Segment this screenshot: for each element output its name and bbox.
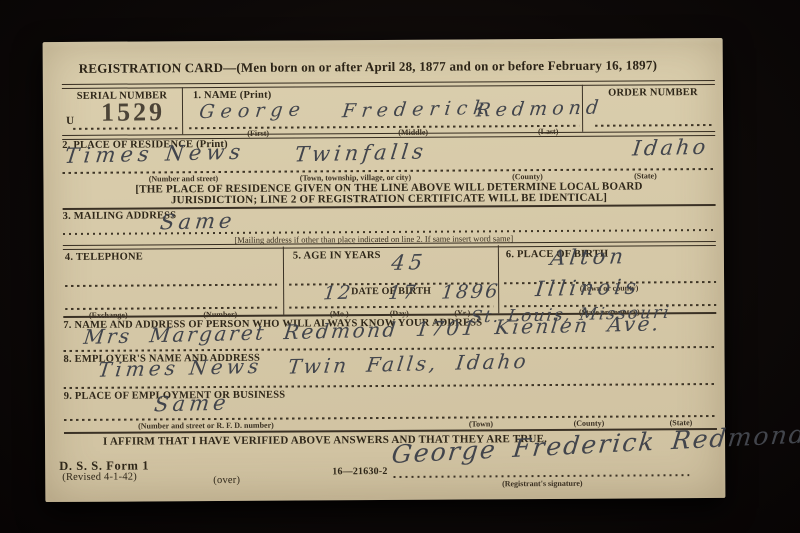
serial-prefix: U — [66, 115, 74, 127]
telephone-dotted-line-1 — [65, 284, 277, 287]
handwritten-employment-place: Same — [153, 391, 231, 417]
handwritten-birth-year: 1896 — [440, 280, 501, 303]
residence-county-caption: (County) — [512, 172, 543, 181]
employment-street-caption: (Number and street or R. F. D. number) — [138, 421, 274, 431]
handwritten-first-name: George — [198, 99, 307, 124]
handwritten-middle-name: Frederick — [341, 97, 492, 123]
form-revision: (Revised 4-1-42) — [62, 472, 137, 483]
registration-card: REGISTRATION CARD—(Men born on or after … — [43, 38, 726, 502]
handwritten-mailing-address: Same — [159, 209, 237, 235]
card-title: REGISTRATION CARD—(Men born on or after … — [79, 57, 657, 77]
serial-number-value: 1529 — [101, 97, 165, 127]
mailing-address-label: 3. MAILING ADDRESS — [63, 210, 177, 222]
telephone-dotted-line-2 — [65, 307, 277, 310]
handwritten-residence-street: Times News — [63, 140, 246, 168]
employment-town-caption: (Town) — [469, 419, 493, 428]
signature-dotted-line — [393, 474, 689, 478]
handwritten-birth-town: Alton — [549, 244, 628, 270]
telephone-age-separator — [283, 247, 285, 315]
handwritten-age: 45 — [390, 250, 428, 275]
handwritten-contact-name-address: Mrs Margaret Redmond 1701 Kienlen Ave. — [82, 311, 662, 349]
photo-background: { "colors": { "background": "#0d0908", "… — [0, 0, 800, 533]
employer-dotted-line — [64, 383, 717, 389]
handwritten-last-name: Redmond — [475, 96, 604, 121]
signature-caption: (Registrant's signature) — [502, 479, 583, 488]
print-code: 16—21630-2 — [332, 466, 387, 477]
order-number-label: ORDER NUMBER — [591, 87, 715, 99]
handwritten-birth-state: Illinois — [534, 275, 641, 301]
residence-state-caption: (State) — [634, 171, 657, 180]
over-note: (over) — [213, 475, 240, 486]
handwritten-employer-address: Twin Falls, Idaho — [287, 349, 530, 379]
row1-divider — [62, 131, 715, 140]
age-label: 5. AGE IN YEARS — [293, 250, 381, 262]
serial-name-separator — [182, 87, 184, 134]
handwritten-residence-town: Twinfalls — [293, 139, 428, 166]
employment-county-caption: (County) — [574, 419, 605, 428]
name-dotted-line — [189, 125, 579, 129]
order-number-dotted-line — [595, 124, 713, 127]
telephone-label: 4. TELEPHONE — [65, 251, 143, 262]
residence-street-caption: (Number and street) — [149, 174, 219, 183]
serial-dotted-line — [73, 127, 178, 130]
handwritten-residence-state: Idaho — [631, 135, 709, 161]
handwritten-birth-day: 17 — [387, 281, 419, 304]
handwritten-employer-name: Times News — [97, 354, 264, 382]
handwritten-birth-month: 12 — [322, 282, 354, 305]
